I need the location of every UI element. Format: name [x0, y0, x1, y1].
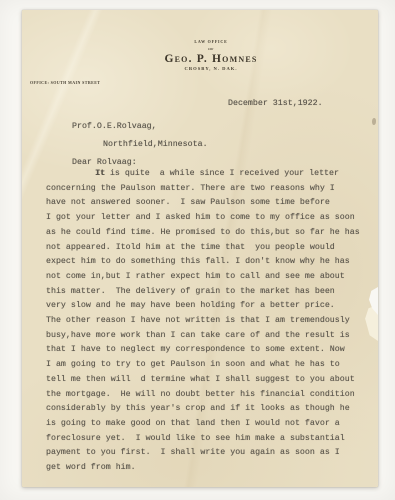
body-line: this matter. The delivery of grain to th… — [46, 285, 376, 300]
letterhead-law-office-line: LAW OFFICE — [33, 39, 389, 44]
paper-speck — [372, 118, 376, 125]
body-line: not appeared. Itold him at the time that… — [46, 241, 376, 256]
body-line: expect him to do something this fall. I … — [46, 255, 376, 270]
body-line: The other reason I have not written is t… — [46, 314, 376, 329]
body-line: very slow and he may have been holding f… — [46, 299, 376, 314]
body-first-word: It — [95, 169, 105, 178]
recipient-name: Prof.O.E.Rolvaag, — [72, 120, 157, 135]
letter-body: It is quite a while since I received you… — [46, 167, 376, 476]
scanned-letter-photo: OFFICE: SOUTH MAIN STREET LAW OFFICE OF … — [0, 0, 395, 500]
office-address-note: OFFICE: SOUTH MAIN STREET — [30, 80, 100, 85]
body-line: not come in,but I rather expect him to c… — [46, 270, 376, 285]
body-line: tell me then will d termine what I shall… — [46, 373, 376, 388]
letterhead: LAW OFFICE OF Geo. P. Homnes CROSBY, N. … — [33, 39, 389, 71]
body-line: payment to you first. I shall write you … — [46, 446, 376, 461]
body-line: that I have to neglect my correspondence… — [46, 343, 376, 358]
letterhead-location: CROSBY, N. DAK. — [33, 66, 389, 71]
letterhead-firm-name: Geo. P. Homnes — [33, 53, 389, 65]
body-line: have not answered sooner. I saw Paulson … — [46, 196, 376, 211]
body-line: is going to make good on that land then … — [46, 417, 376, 432]
body-line: the mortgage. He will no doubt better hi… — [46, 388, 376, 403]
body-line: considerably by this year's crop and if … — [46, 402, 376, 417]
body-line: get word from him. — [46, 461, 376, 476]
body-line: It is quite a while since I received you… — [46, 167, 376, 182]
body-line: as he could find time. He promised to do… — [46, 226, 376, 241]
body-first-line-rest: is quite a while since I received your l… — [105, 169, 339, 178]
body-line: I got your letter and I asked him to com… — [46, 211, 376, 226]
letterhead-of-line: OF — [33, 47, 389, 51]
letter-paper: OFFICE: SOUTH MAIN STREET LAW OFFICE OF … — [22, 10, 378, 487]
date-line: December 31st,1922. — [228, 97, 323, 112]
recipient-city: Northfield,Minnesota. — [103, 138, 208, 153]
body-line: foreclosure yet. I would like to see him… — [46, 432, 376, 447]
body-line: concerning the Paulson matter. There are… — [46, 182, 376, 197]
body-line: I am going to try to get Paulson in soon… — [46, 358, 376, 373]
body-line: busy,have more work than I can take care… — [46, 329, 376, 344]
